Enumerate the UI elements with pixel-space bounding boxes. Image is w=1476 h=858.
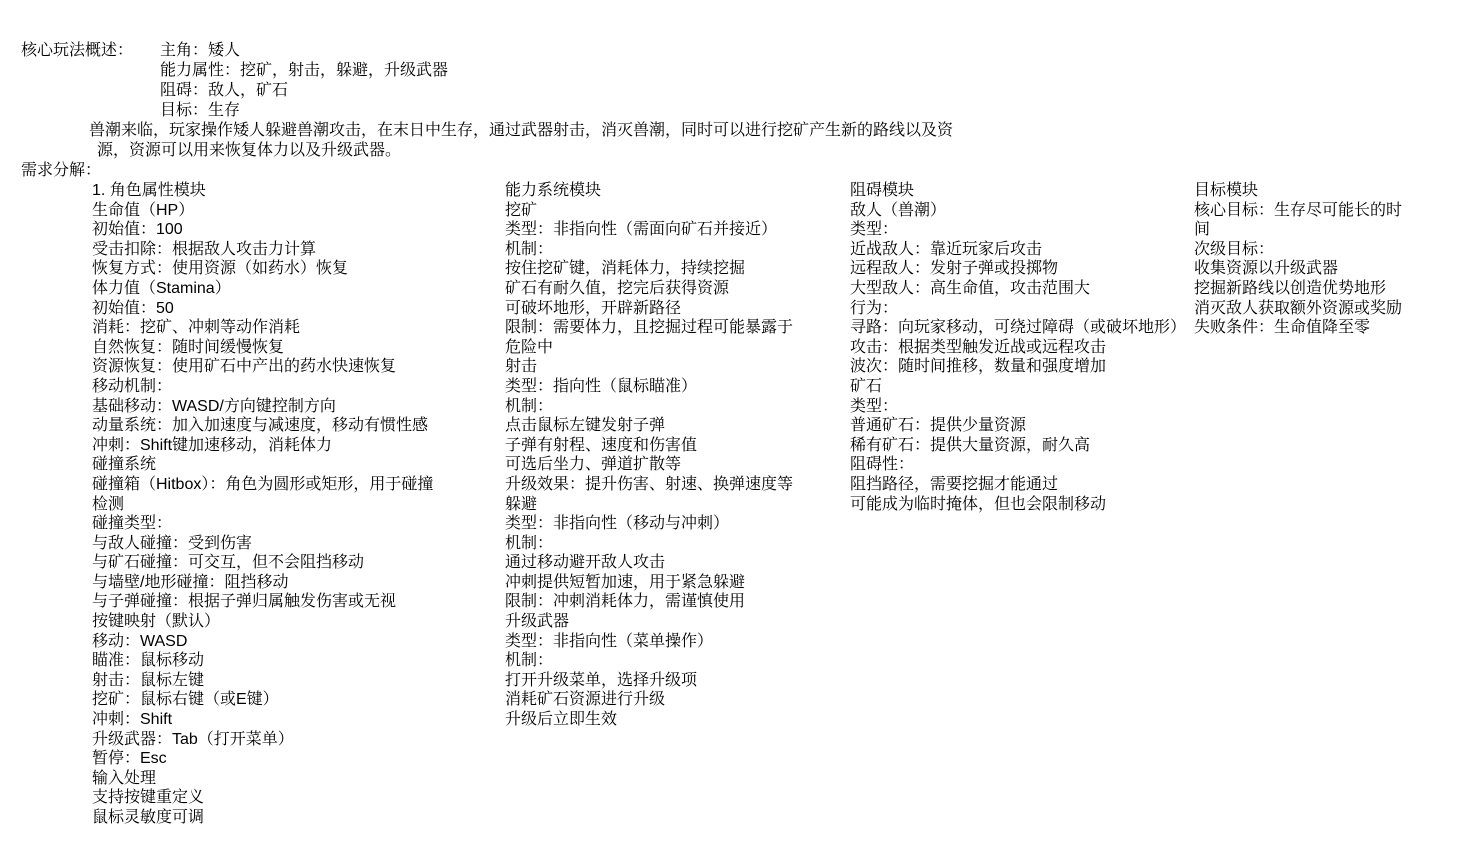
text-line: 冲刺提供短暂加速，用于紧急躲避	[505, 573, 793, 593]
text-line: 冲刺：Shift键加速移动，消耗体力	[92, 436, 433, 456]
text-line: 类型：非指向性（移动与冲刺）	[505, 514, 793, 534]
text-line: 收集资源以升级武器	[1194, 259, 1402, 279]
text-document: 核心玩法概述： 主角：矮人能力属性：挖矿，射击，躲避，升级武器阻碍：敌人，矿石目…	[0, 0, 1476, 858]
text-line: 机制：	[505, 240, 793, 260]
column-goals: 目标模块核心目标：生存尽可能长的时间次级目标：收集资源以升级武器挖掘新路线以创造…	[1194, 181, 1402, 338]
text-line: 类型：	[850, 397, 1186, 417]
text-line: 自然恢复：随时间缓慢恢复	[92, 338, 433, 358]
text-line: 与墙壁/地形碰撞：阻挡移动	[92, 573, 433, 593]
text-line: 碰撞类型：	[92, 514, 433, 534]
text-line: 升级后立即生效	[505, 710, 793, 730]
text-line: 类型：非指向性（菜单操作）	[505, 632, 793, 652]
overview-label: 核心玩法概述：	[21, 41, 133, 61]
text-line: 躲避	[505, 495, 793, 515]
text-line: 挖掘新路线以创造优势地形	[1194, 279, 1402, 299]
text-line: 基础移动：WASD/方向键控制方向	[92, 397, 433, 417]
text-line: 挖矿：鼠标右键（或E键）	[92, 690, 433, 710]
text-line: 机制：	[505, 651, 793, 671]
text-line: 主角：矮人	[160, 41, 448, 61]
text-line: 点击鼠标左键发射子弹	[505, 416, 793, 436]
text-line: 阻挡路径，需要挖掘才能通过	[850, 475, 1186, 495]
text-line: 近战敌人：靠近玩家后攻击	[850, 240, 1186, 260]
text-line: 可选后坐力、弹道扩散等	[505, 455, 793, 475]
text-line: 能力系统模块	[505, 181, 793, 201]
text-line: 升级武器：Tab（打开菜单）	[92, 730, 433, 750]
text-line: 消耗：挖矿、冲刺等动作消耗	[92, 318, 433, 338]
text-line: 升级效果：提升伤害、射速、换弹速度等	[505, 475, 793, 495]
text-line: 类型：非指向性（需面向矿石并接近）	[505, 220, 793, 240]
text-line: 资源恢复：使用矿石中产出的药水快速恢复	[92, 357, 433, 377]
text-line: 次级目标：	[1194, 240, 1402, 260]
text-line: 阻碍性：	[850, 455, 1186, 475]
overview-items: 主角：矮人能力属性：挖矿，射击，躲避，升级武器阻碍：敌人，矿石目标：生存	[160, 41, 448, 121]
text-line: 射击	[505, 357, 793, 377]
text-line: 子弹有射程、速度和伤害值	[505, 436, 793, 456]
text-line: 攻击：根据类型触发近战或远程攻击	[850, 338, 1186, 358]
text-line: 升级武器	[505, 612, 793, 632]
text-line: 移动机制：	[92, 377, 433, 397]
text-line: 限制：需要体力，且挖掘过程可能暴露于	[505, 318, 793, 338]
text-line: 矿石	[850, 377, 1186, 397]
text-line: 可能成为临时掩体，但也会限制移动	[850, 495, 1186, 515]
text-line: 受击扣除：根据敌人攻击力计算	[92, 240, 433, 260]
text-line: 暂停：Esc	[92, 749, 433, 769]
text-line: 危险中	[505, 338, 793, 358]
text-line: 阻碍模块	[850, 181, 1186, 201]
text-line: 与矿石碰撞：可交互，但不会阻挡移动	[92, 553, 433, 573]
column-character-attributes: 1. 角色属性模块生命值（HP）初始值：100受击扣除：根据敌人攻击力计算恢复方…	[92, 181, 433, 828]
text-line: 间	[1194, 220, 1402, 240]
text-line: 动量系统：加入加速度与减速度，移动有惯性感	[92, 416, 433, 436]
text-line: 阻碍：敌人，矿石	[160, 81, 448, 101]
text-line: 大型敌人：高生命值，攻击范围大	[850, 279, 1186, 299]
text-line: 限制：冲刺消耗体力，需谨慎使用	[505, 592, 793, 612]
text-line: 与子弹碰撞：根据子弹归属触发伤害或无视	[92, 592, 433, 612]
text-line: 1. 角色属性模块	[92, 181, 433, 201]
text-line: 恢复方式：使用资源（如药水）恢复	[92, 259, 433, 279]
text-line: 初始值：50	[92, 299, 433, 319]
breakdown-label: 需求分解：	[21, 161, 101, 181]
text-line: 打开升级菜单，选择升级项	[505, 671, 793, 691]
text-line: 能力属性：挖矿，射击，躲避，升级武器	[160, 61, 448, 81]
text-line: 通过移动避开敌人攻击	[505, 553, 793, 573]
text-line: 波次：随时间推移，数量和强度增加	[850, 357, 1186, 377]
overview-summary-line-2: 源，资源可以用来恢复体力以及升级武器。	[97, 141, 401, 161]
column-obstacles: 阻碍模块敌人（兽潮）类型：近战敌人：靠近玩家后攻击远程敌人：发射子弹或投掷物大型…	[850, 181, 1186, 514]
text-line: 消灭敌人获取额外资源或奖励	[1194, 299, 1402, 319]
text-line: 目标：生存	[160, 101, 448, 121]
text-line: 普通矿石：提供少量资源	[850, 416, 1186, 436]
text-line: 类型：	[850, 220, 1186, 240]
overview-summary-line-1: 兽潮来临，玩家操作矮人躲避兽潮攻击，在末日中生存，通过武器射击，消灭兽潮，同时可…	[89, 121, 953, 141]
text-line: 生命值（HP）	[92, 201, 433, 221]
text-line: 类型：指向性（鼠标瞄准）	[505, 377, 793, 397]
text-line: 按住挖矿键，消耗体力，持续挖掘	[505, 259, 793, 279]
text-line: 按键映射（默认）	[92, 612, 433, 632]
text-line: 体力值（Stamina）	[92, 279, 433, 299]
text-line: 目标模块	[1194, 181, 1402, 201]
text-line: 机制：	[505, 534, 793, 554]
text-line: 远程敌人：发射子弹或投掷物	[850, 259, 1186, 279]
text-line: 失败条件：生命值降至零	[1194, 318, 1402, 338]
text-line: 检测	[92, 495, 433, 515]
text-line: 与敌人碰撞：受到伤害	[92, 534, 433, 554]
column-ability-system: 能力系统模块挖矿类型：非指向性（需面向矿石并接近）机制：按住挖矿键，消耗体力，持…	[505, 181, 793, 730]
text-line: 寻路：向玩家移动，可绕过障碍（或破坏地形）	[850, 318, 1186, 338]
text-line: 初始值：100	[92, 220, 433, 240]
text-line: 射击：鼠标左键	[92, 671, 433, 691]
text-line: 消耗矿石资源进行升级	[505, 690, 793, 710]
text-line: 挖矿	[505, 201, 793, 221]
text-line: 支持按键重定义	[92, 788, 433, 808]
text-line: 移动：WASD	[92, 632, 433, 652]
text-line: 机制：	[505, 397, 793, 417]
text-line: 鼠标灵敏度可调	[92, 808, 433, 828]
text-line: 稀有矿石：提供大量资源，耐久高	[850, 436, 1186, 456]
text-line: 行为：	[850, 299, 1186, 319]
text-line: 矿石有耐久值，挖完后获得资源	[505, 279, 793, 299]
text-line: 瞄准：鼠标移动	[92, 651, 433, 671]
text-line: 核心目标：生存尽可能长的时	[1194, 201, 1402, 221]
text-line: 可破坏地形，开辟新路径	[505, 299, 793, 319]
text-line: 敌人（兽潮）	[850, 201, 1186, 221]
text-line: 冲刺：Shift	[92, 710, 433, 730]
text-line: 输入处理	[92, 769, 433, 789]
text-line: 碰撞系统	[92, 455, 433, 475]
text-line: 碰撞箱（Hitbox）：角色为圆形或矩形，用于碰撞	[92, 475, 433, 495]
